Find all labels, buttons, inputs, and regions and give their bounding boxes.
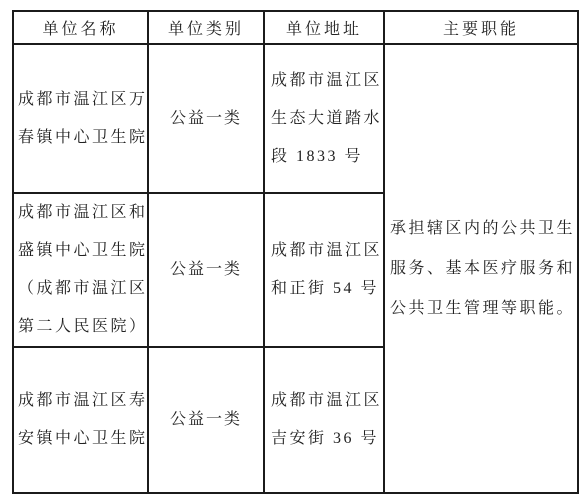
document-page: 单位名称 单位类别 单位地址 主要职能 成都市温江区万 春镇中心卫生院 公益一类… xyxy=(0,0,584,504)
cell-main-functions: 承担辖区内的公共卫生 服务、基本医疗服务和 公共卫生管理等职能。 xyxy=(384,44,578,493)
cell-unit-address: 成都市温江区 和正街 54 号 xyxy=(264,193,384,347)
cell-unit-category: 公益一类 xyxy=(148,44,264,193)
cell-unit-name: 成都市温江区和 盛镇中心卫生院 （成都市温江区 第二人民医院） xyxy=(13,193,148,347)
header-main-functions: 主要职能 xyxy=(384,11,578,44)
header-unit-category: 单位类别 xyxy=(148,11,264,44)
health-center-table: 单位名称 单位类别 单位地址 主要职能 成都市温江区万 春镇中心卫生院 公益一类… xyxy=(12,10,579,494)
cell-unit-category: 公益一类 xyxy=(148,193,264,347)
cell-unit-address: 成都市温江区 吉安街 36 号 xyxy=(264,347,384,493)
cell-unit-address: 成都市温江区 生态大道踏水 段 1833 号 xyxy=(264,44,384,193)
header-unit-name: 单位名称 xyxy=(13,11,148,44)
header-unit-address: 单位地址 xyxy=(264,11,384,44)
header-row: 单位名称 单位类别 单位地址 主要职能 xyxy=(13,11,578,44)
cell-unit-name: 成都市温江区万 春镇中心卫生院 xyxy=(13,44,148,193)
cell-unit-name: 成都市温江区寿 安镇中心卫生院 xyxy=(13,347,148,493)
cell-unit-category: 公益一类 xyxy=(148,347,264,493)
table-row: 成都市温江区万 春镇中心卫生院 公益一类 成都市温江区 生态大道踏水 段 183… xyxy=(13,44,578,193)
